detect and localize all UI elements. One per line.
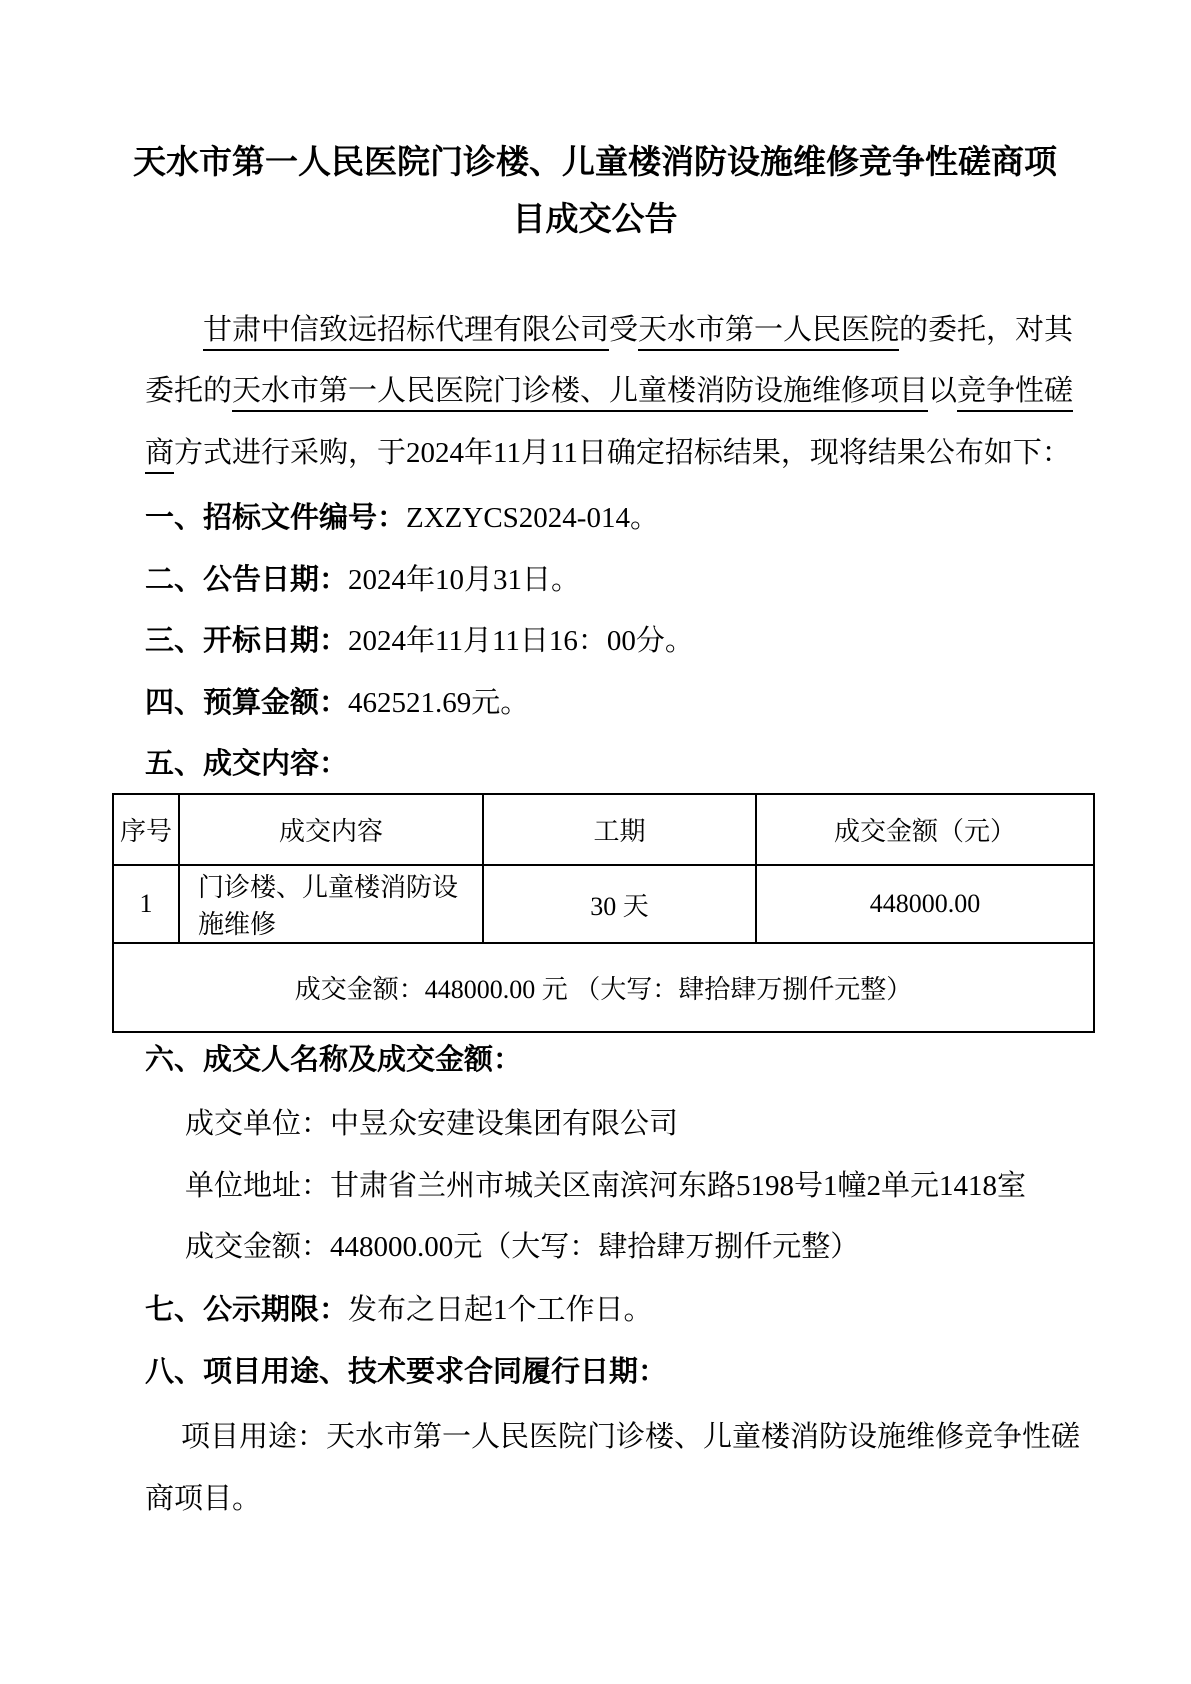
intro-text: 委托的 xyxy=(145,375,232,407)
section-announcement-date: 二、公告日期：2024年10月31日。 xyxy=(145,563,1070,597)
section-bid-opening-date: 三、开标日期：2024年11月11日16：00分。 xyxy=(145,624,1070,658)
intro-text: 方式进行采购，于2024年11月11日确定招标结果，现将结果公布如下： xyxy=(174,437,1071,469)
intro-paragraph-line-2: 委托的天水市第一人民医院门诊楼、儿童楼消防设施维修项目以竞争性磋 xyxy=(145,374,1070,408)
section-winner: 六、成交人名称及成交金额： xyxy=(145,1043,1070,1077)
document-title-line-1: 天水市第一人民医院门诊楼、儿童楼消防设施维修竞争性磋商项 xyxy=(120,143,1070,181)
section-value: ZXZYCS2024-014。 xyxy=(406,502,659,534)
intro-text: 以 xyxy=(928,375,957,407)
document-title-line-2: 目成交公告 xyxy=(120,200,1070,238)
section-label: 六、成交人名称及成交金额： xyxy=(145,1044,522,1076)
section-label: 八、项目用途、技术要求合同履行日期： xyxy=(145,1356,667,1388)
section-label: 七、公示期限： xyxy=(145,1294,348,1326)
table-footer-row: 成交金额：448000.00 元 （大写：肆拾肆万捌仟元整） xyxy=(113,943,1094,1032)
cell-duration: 30 天 xyxy=(483,865,756,943)
section-label: 四、预算金额： xyxy=(145,687,348,719)
section-project-usage: 八、项目用途、技术要求合同履行日期： xyxy=(145,1355,1070,1389)
table-header-row: 序号 成交内容 工期 成交金额（元） xyxy=(113,794,1094,865)
agency-name-underlined: 甘肃中信致远招标代理有限公司 xyxy=(203,314,609,351)
usage-paragraph-line-1: 项目用途：天水市第一人民医院门诊楼、儿童楼消防设施维修竞争性磋 xyxy=(145,1420,1106,1454)
project-name-underlined: 天水市第一人民医院门诊楼、儿童楼消防设施维修项目 xyxy=(232,375,928,412)
procurement-method-underlined: 竞争性磋 xyxy=(957,375,1073,412)
cell-content: 门诊楼、儿童楼消防设施维修 xyxy=(179,865,483,943)
section-budget-amount: 四、预算金额：462521.69元。 xyxy=(145,686,1070,720)
section-value: 2024年11月11日16：00分。 xyxy=(348,625,694,657)
section-deal-content: 五、成交内容： xyxy=(145,747,1070,781)
section-label: 五、成交内容： xyxy=(145,748,348,780)
usage-paragraph-line-2: 商项目。 xyxy=(145,1482,1070,1516)
section-label: 二、公告日期： xyxy=(145,564,348,596)
section-publicity-period: 七、公示期限：发布之日起1个工作日。 xyxy=(145,1293,1070,1327)
table-footer-total: 成交金额：448000.00 元 （大写：肆拾肆万捌仟元整） xyxy=(113,943,1094,1032)
header-cell-no: 序号 xyxy=(113,794,179,865)
section-value: 2024年10月31日。 xyxy=(348,564,580,596)
section-label: 一、招标文件编号： xyxy=(145,502,406,534)
intro-text: 的委托，对其 xyxy=(899,314,1073,346)
header-cell-duration: 工期 xyxy=(483,794,756,865)
section-tender-doc-number: 一、招标文件编号：ZXZYCS2024-014。 xyxy=(145,501,1070,535)
procurement-method-underlined: 商 xyxy=(145,437,174,474)
header-cell-amount: 成交金额（元） xyxy=(756,794,1094,865)
cell-amount: 448000.00 xyxy=(756,865,1094,943)
deal-content-table: 序号 成交内容 工期 成交金额（元） 1 门诊楼、儿童楼消防设施维修 30 天 … xyxy=(112,793,1095,1033)
intro-paragraph-line-3: 商方式进行采购，于2024年11月11日确定招标结果，现将结果公布如下： xyxy=(145,436,1070,470)
intro-text: 受 xyxy=(609,314,638,346)
intro-paragraph-line-1: 甘肃中信致远招标代理有限公司受天水市第一人民医院的委托，对其 xyxy=(145,313,1128,347)
header-cell-content: 成交内容 xyxy=(179,794,483,865)
hospital-name-underlined: 天水市第一人民医院 xyxy=(638,314,899,351)
winner-amount-line: 成交金额：448000.00元（大写：肆拾肆万捌仟元整） xyxy=(145,1230,1110,1264)
section-value: 发布之日起1个工作日。 xyxy=(348,1294,653,1326)
table-row: 1 门诊楼、儿童楼消防设施维修 30 天 448000.00 xyxy=(113,865,1094,943)
section-value: 462521.69元。 xyxy=(348,687,529,719)
document-page: 天水市第一人民医院门诊楼、儿童楼消防设施维修竞争性磋商项 目成交公告 甘肃中信致… xyxy=(0,0,1191,1684)
winner-address-line: 单位地址：甘肃省兰州市城关区南滨河东路5198号1幢2单元1418室 xyxy=(145,1169,1110,1203)
winner-unit-line: 成交单位：中昱众安建设集团有限公司 xyxy=(145,1107,1110,1141)
cell-no: 1 xyxy=(113,865,179,943)
section-label: 三、开标日期： xyxy=(145,625,348,657)
